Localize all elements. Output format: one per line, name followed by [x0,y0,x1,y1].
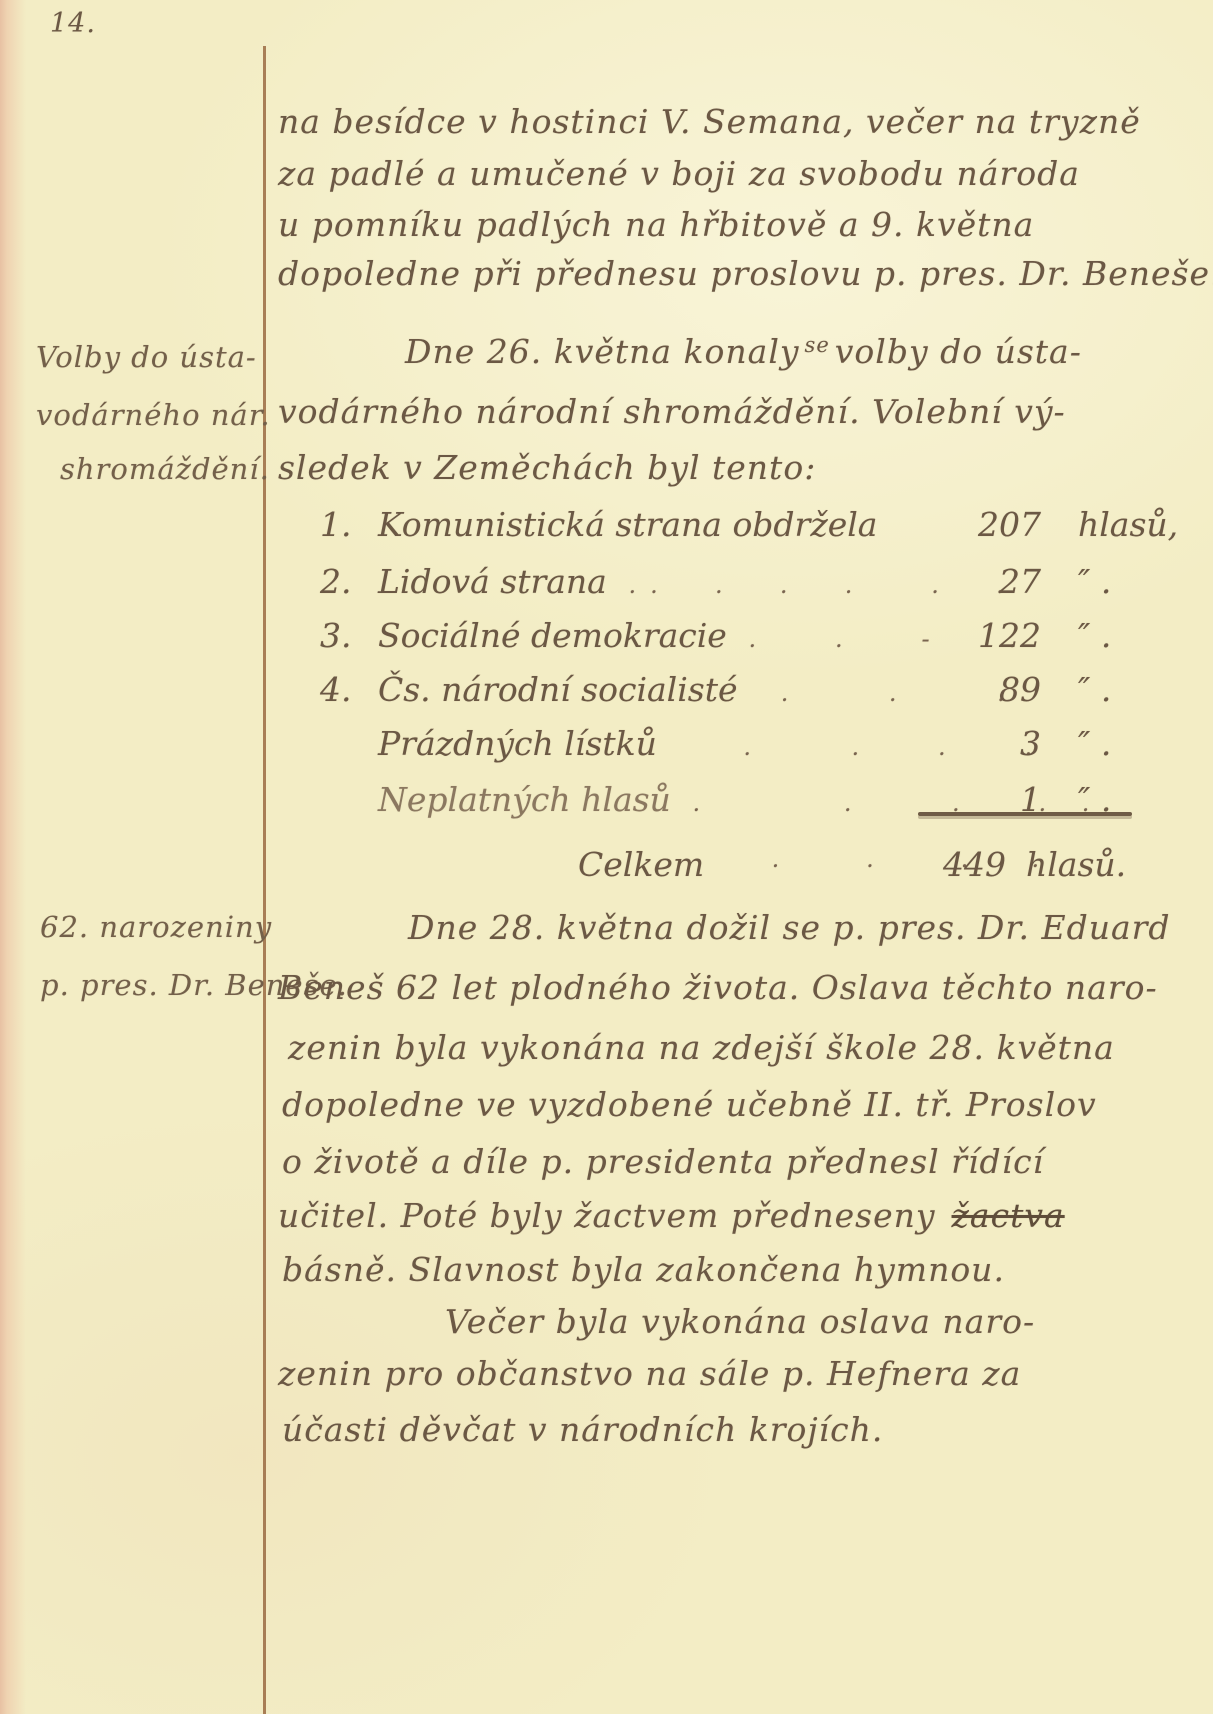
body-line: vodárného národní shromáždění. Volební v… [278,390,1066,434]
dot-leader: . . . . [748,845,1055,873]
total-unit: hlasů. [1026,845,1126,884]
result-number: 1. [320,505,378,544]
result-label: Prázdných lístků [378,724,657,763]
result-row: 3.Sociálné demokracie . . - . 122 ″ . [278,616,1198,655]
result-value: 3 [946,724,1041,763]
body-text: učitel. Poté byly žactvem předneseny [278,1196,936,1235]
result-unit: ″ . [1078,616,1111,655]
result-row: Prázdných lístků . . . . 3 ″ . [278,724,1198,763]
sum-underline [918,812,1132,816]
body-line: Dne 28. května dožil se p. pres. Dr. Edu… [408,906,1171,950]
body-line: Dne 26. května konalysevolby do ústa- [405,330,1082,378]
result-value: 89 [946,670,1041,709]
result-label: Lidová strana [378,562,607,601]
result-unit: ″ . [1078,724,1111,763]
struck-word: žactva [952,1196,1065,1235]
inserted-word: se [805,333,830,357]
result-unit: hlasů, [1078,505,1178,544]
result-unit: ″ . [1078,670,1111,709]
body-line: Beneš 62 let plodného života. Oslava těc… [278,966,1158,1010]
margin-note-elections: Volby do ústa- [36,340,257,374]
chronicle-page: 14. Volby do ústa- vodárného nár. shromá… [0,0,1213,1714]
result-unit: ″ . [1078,562,1111,601]
body-line: o životě a díle p. presidenta přednesl ř… [282,1140,1044,1184]
total-value: 449 [918,845,1006,884]
body-line: básně. Slavnost byla zakončena hymnou. [282,1248,1005,1292]
body-line: na besídce v hostinci V. Semana, večer n… [278,100,1141,144]
body-line: zenin pro občanstvo na sále p. Hefnera z… [278,1352,1021,1396]
result-label: Čs. národní socialisté [378,670,738,709]
result-number: 2. [320,562,378,601]
margin-note-elections: vodárného nár. [36,398,271,432]
result-label: Neplatných hlasů [378,780,671,819]
result-label: Komunistická strana obdržela [378,505,877,544]
body-line: u pomníku padlých na hřbitově a 9. květn… [278,203,1034,247]
margin-rule-line [263,46,266,1714]
page-number: 14. [50,8,96,39]
body-line: dopoledne při přednesu proslovu p. pres.… [278,252,1213,296]
body-line: Večer byla vykonána oslava naro- [445,1300,1035,1344]
body-text: volby do ústa- [835,332,1082,371]
body-line: dopoledne ve vyzdobené učebně II. tř. Pr… [282,1083,1097,1127]
result-row: 2.Lidová strana .. . . . . . 27 ″ . [278,562,1198,601]
body-line: sledek v Zeměchách byl tento: [278,446,816,490]
result-row: 1.Komunistická strana obdržela 207 hlasů… [278,505,1198,544]
result-value: 27 [946,562,1041,601]
result-value: 122 [946,616,1041,655]
result-number: 3. [320,616,378,655]
margin-note-elections: shromáždění. [60,452,270,486]
body-text: Dne 26. května konaly [405,332,800,371]
body-line: účasti děvčat v národních krojích. [282,1408,883,1452]
total-label: Celkem [578,845,704,884]
result-row: 4.Čs. národní socialisté . . . 89 ″ . [278,670,1198,709]
result-number: 4. [320,670,378,709]
margin-note-birthday: 62. narozeniny [40,910,272,944]
body-line: učitel. Poté byly žactvem přednesenyžact… [278,1194,1065,1238]
body-line: zenin byla vykonána na zdejší škole 28. … [288,1026,1115,1070]
result-label: Sociálné demokracie [378,616,727,655]
body-line: za padlé a umučené v boji za svobodu nár… [278,152,1080,196]
result-value: 207 [946,505,1041,544]
